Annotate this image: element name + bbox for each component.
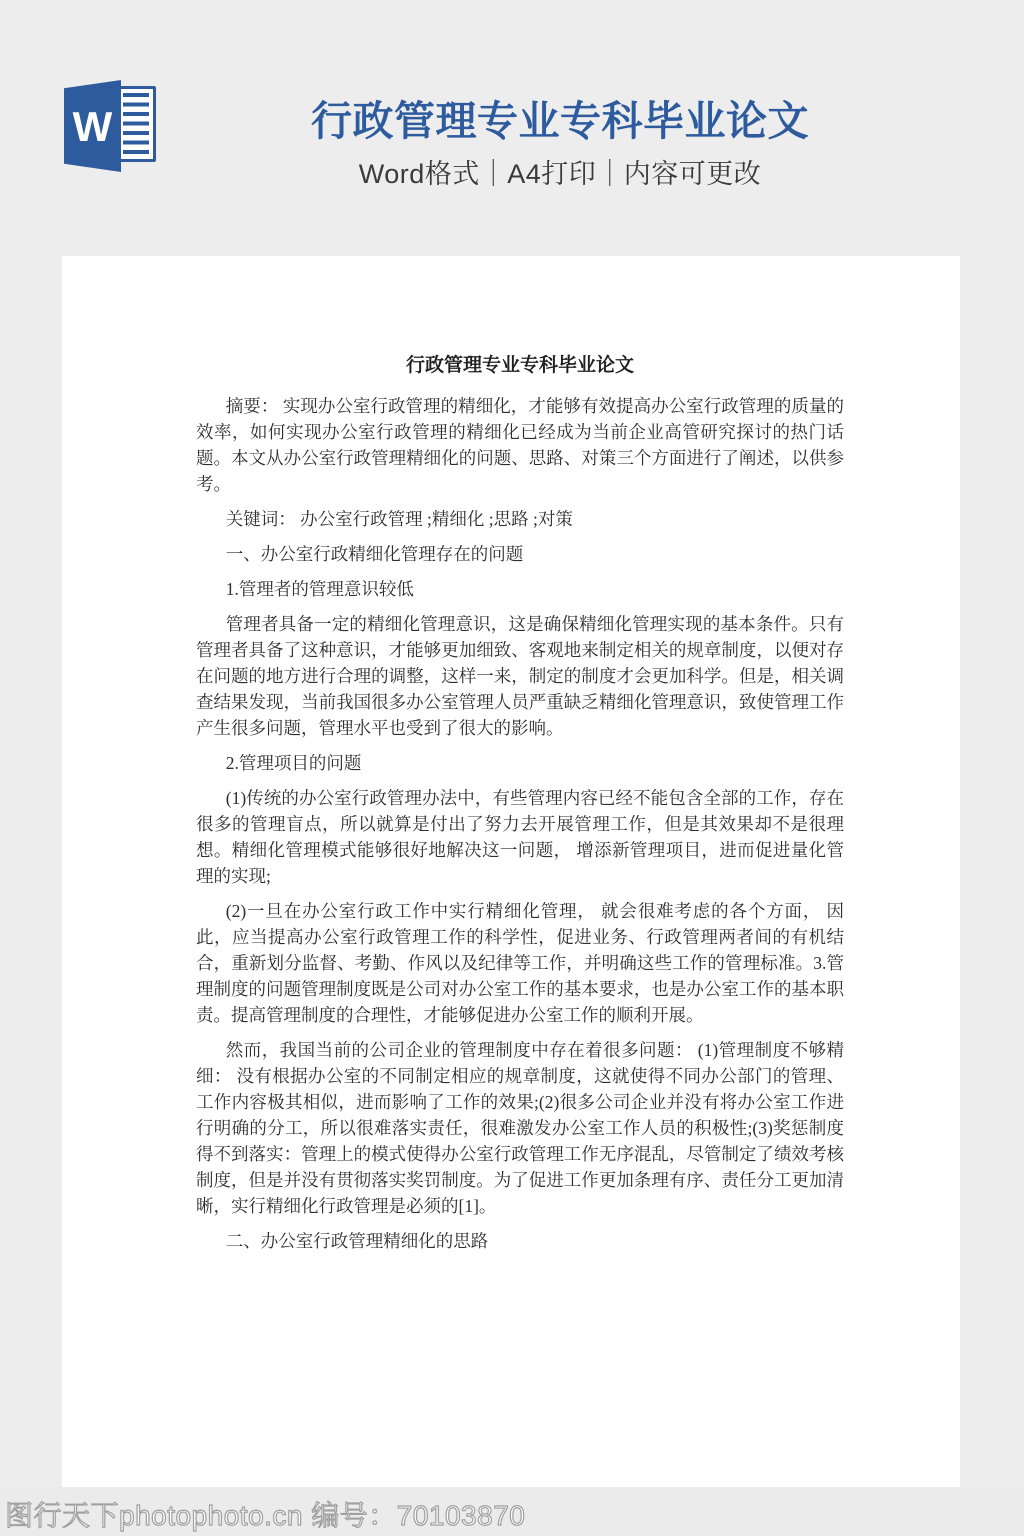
- doc-paragraph: 然而，我国当前的公司企业的管理制度中存在着很多问题： (1)管理制度不够精细： …: [196, 1037, 844, 1219]
- doc-heading-1-1: 1.管理者的管理意识较低: [196, 576, 844, 602]
- page-subtitle: Word格式｜A4打印｜内容可更改: [96, 152, 1024, 191]
- watermark-text: 图行天下photophoto.cn 编号：70103870: [5, 1494, 525, 1534]
- doc-paragraph: (2)一旦在办公室行政工作中实行精细化管理， 就会很难考虑的各个方面， 因此，应…: [196, 898, 844, 1028]
- doc-heading-section-2: 二、办公室行政管理精细化的思路: [196, 1228, 844, 1254]
- doc-heading-1-2: 2.管理项目的问题: [196, 750, 844, 776]
- page-title: 行政管理专业专科毕业论文: [96, 88, 1024, 147]
- doc-title: 行政管理专业专科毕业论文: [196, 353, 844, 379]
- document-page: 行政管理专业专科毕业论文 摘要： 实现办公室行政管理的精细化，才能够有效提高办公…: [62, 256, 960, 1487]
- header: W 行政管理专业专科毕业论文 Word格式｜A4打印｜内容可更改: [0, 0, 1024, 256]
- footer-strip: 图行天下photophoto.cn 编号：70103870: [0, 1487, 1024, 1536]
- doc-heading-section-1: 一、办公室行政精细化管理存在的问题: [196, 541, 844, 567]
- doc-paragraph: 管理者具备一定的精细化管理意识，这是确保精细化管理实现的基本条件。只有管理者具备…: [196, 611, 844, 741]
- doc-paragraph: (1)传统的办公室行政管理办法中，有些管理内容已经不能包含全部的工作，存在很多的…: [196, 785, 844, 889]
- doc-paragraph-keywords: 关键词： 办公室行政管理 ;精细化 ;思路 ;对策: [196, 506, 844, 532]
- doc-paragraph-abstract: 摘要： 实现办公室行政管理的精细化，才能够有效提高办公室行政管理的质量的效率，如…: [196, 393, 844, 497]
